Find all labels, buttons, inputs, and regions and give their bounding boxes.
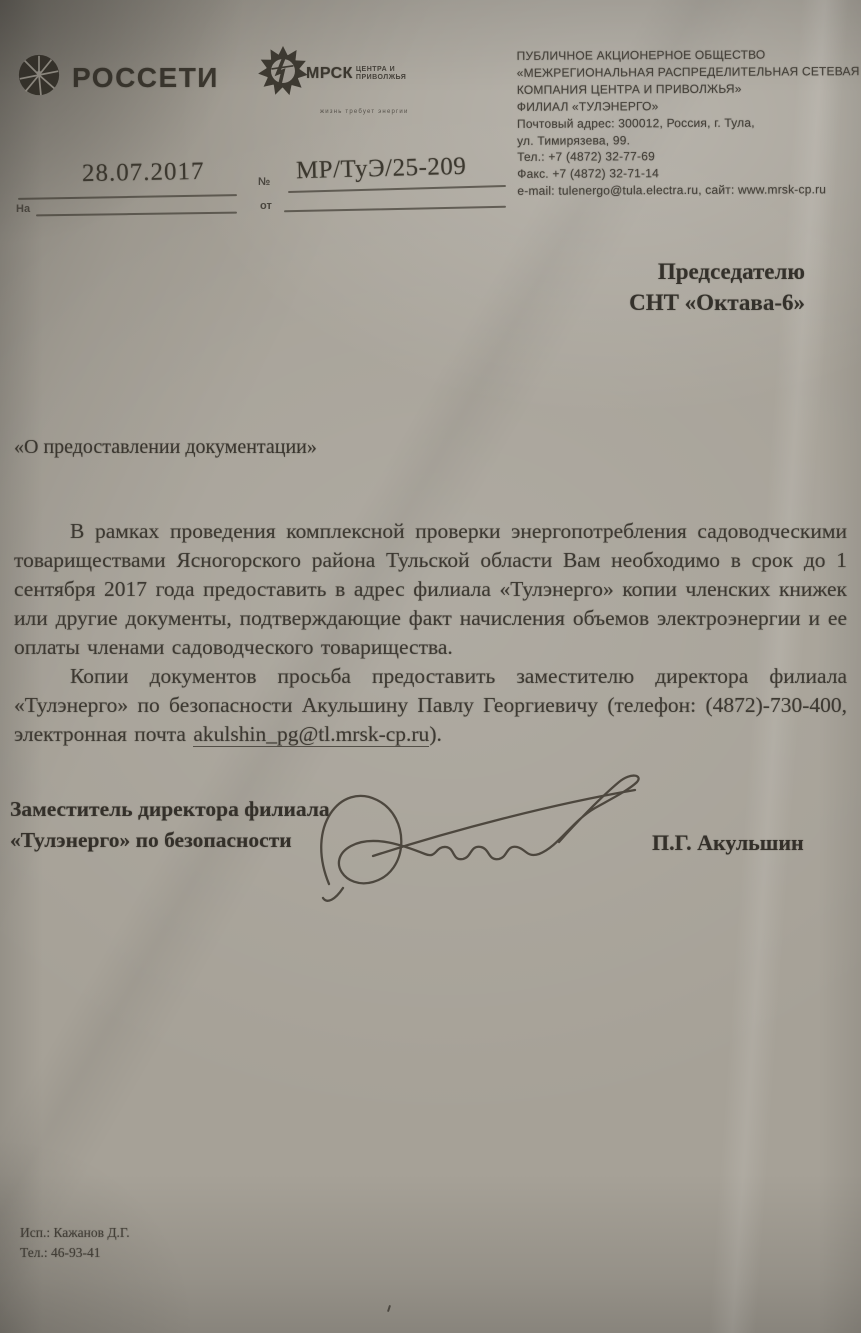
executor-phone: Тел.: 46-93-41: [20, 1243, 130, 1263]
addressee-title: Председателю: [500, 256, 805, 287]
company-info-line: КОМПАНИЯ ЦЕНТРА И ПРИВОЛЖЬЯ»: [517, 80, 861, 99]
na-line: [36, 212, 237, 216]
company-info-line: Почтовый адрес: 300012, Россия, г. Тула,: [517, 114, 861, 133]
email-text: akulshin_pg@tl.mrsk-cp.ru: [193, 722, 429, 747]
mrsk-logo: МРСК ЦЕНТРА И ПРИВОЛЖЬЯ жизнь требует эн…: [258, 44, 408, 115]
date-line: [18, 194, 237, 199]
paragraph-2-closing: ).: [429, 722, 442, 746]
rosseti-logo-icon: [16, 52, 62, 103]
company-info-line: «МЕЖРЕГИОНАЛЬНАЯ РАСПРЕДЕЛИТЕЛЬНАЯ СЕТЕВ…: [517, 63, 861, 82]
company-info-line: e-mail: tulenergo@tula.electra.ru, сайт:…: [517, 181, 861, 200]
addressee-org: СНТ «Октава-6»: [500, 287, 805, 318]
rosseti-wordmark: РОССЕТИ: [72, 62, 219, 94]
mrsk-tagline: жизнь требует энергии: [320, 109, 408, 115]
na-label: На: [16, 203, 30, 215]
company-info-line: ПУБЛИЧНОЕ АКЦИОНЕРНОЕ ОБЩЕСТВО: [517, 46, 861, 65]
body-paragraph-2: Копии документов просьба предоставить за…: [14, 662, 847, 749]
executor-note: Исп.: Кажанов Д.Г.: [20, 1223, 130, 1243]
mrsk-region-text: ЦЕНТРА И ПРИВОЛЖЬЯ: [356, 66, 406, 82]
addressee-block: Председателю СНТ «Октава-6»: [500, 256, 805, 318]
rosseti-logo: РОССЕТИ: [16, 52, 219, 103]
company-info-line: ФИЛИАЛ «ТУЛЭНЕРГО»: [517, 97, 861, 116]
executor-block: Исп.: Кажанов Д.Г. Тел.: 46-93-41: [20, 1223, 130, 1262]
body-paragraph-1: В рамках проведения комплексной проверки…: [14, 517, 847, 662]
letter-content: РОССЕТИ: [0, 0, 861, 1333]
letter-date: 28.07.2017: [82, 158, 205, 188]
signatory-title: Заместитель директора филиала «Тулэнерго…: [10, 794, 330, 856]
company-info-line: Тел.: +7 (4872) 32-77-69: [517, 148, 861, 167]
company-info: ПУБЛИЧНОЕ АКЦИОНЕРНОЕ ОБЩЕСТВО «МЕЖРЕГИО…: [517, 46, 861, 200]
ot-line: [284, 206, 506, 212]
subject-line: «О предоставлении документации»: [14, 436, 317, 459]
letter-body: В рамках проведения комплексной проверки…: [14, 517, 847, 749]
ot-label: от: [260, 200, 272, 212]
company-info-line: ул. Тимирязева, 99.: [517, 131, 861, 150]
signatory-name: П.Г. Акульшин: [652, 830, 804, 856]
letter-number: МР/ТуЭ/25-209: [296, 153, 467, 185]
handwritten-signature: [308, 760, 658, 915]
paper-speck: [387, 1305, 391, 1312]
number-line: [288, 185, 506, 193]
mrsk-logo-icon: [258, 44, 308, 103]
number-label: №: [258, 176, 270, 188]
mrsk-wordmark: МРСК: [306, 65, 353, 83]
company-info-line: Факс. +7 (4872) 32-71-14: [517, 164, 861, 183]
letter-photo: РОССЕТИ: [0, 0, 861, 1333]
